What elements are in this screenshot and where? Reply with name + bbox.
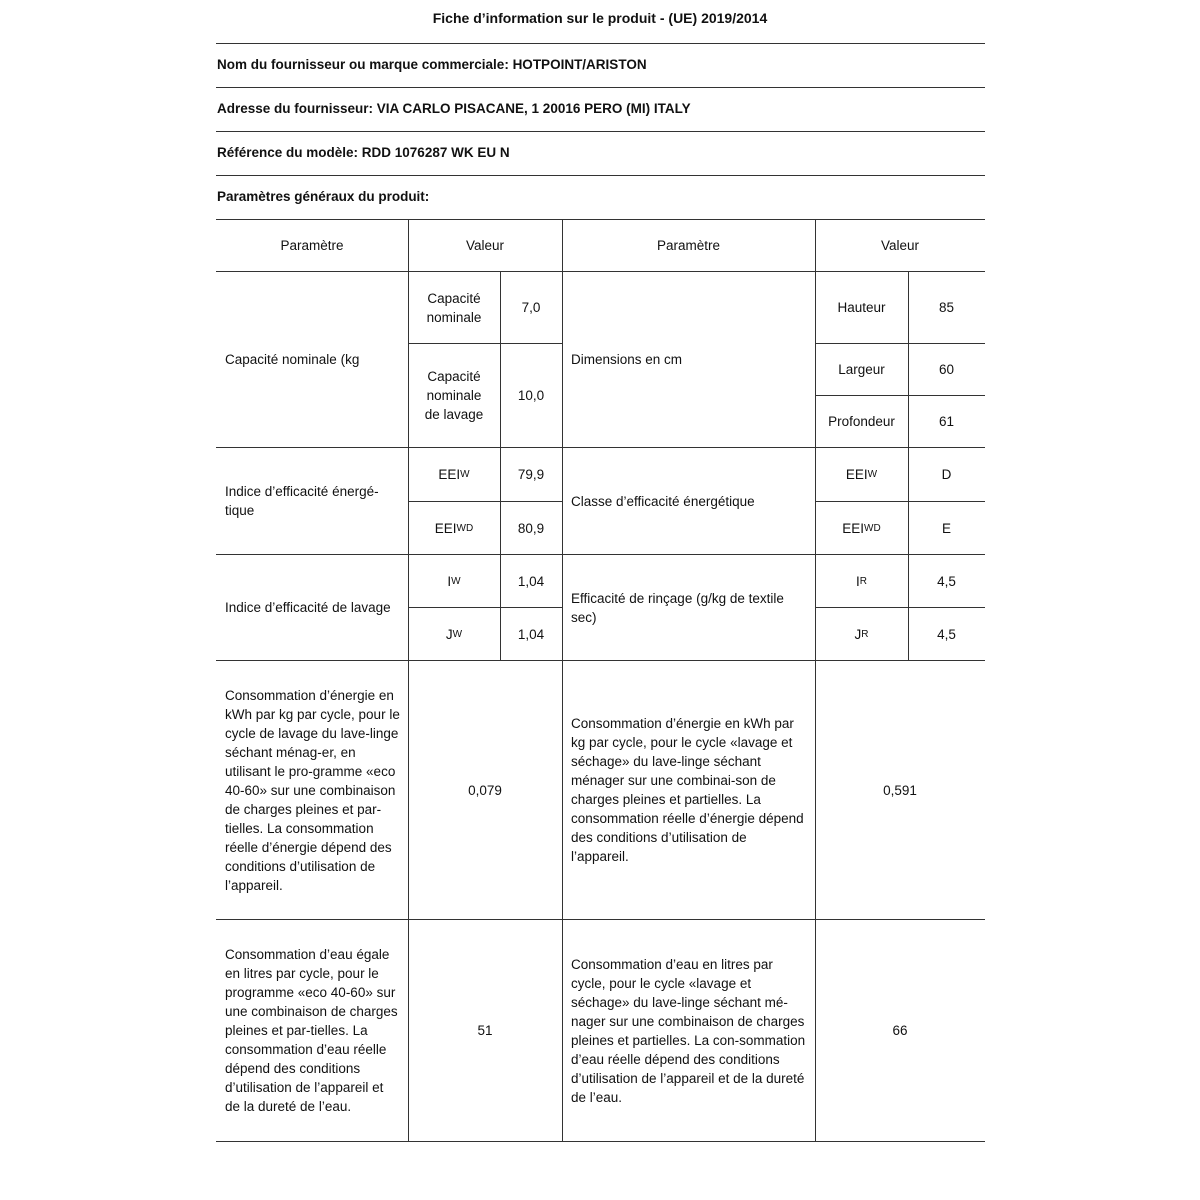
symbol-subscript: WD bbox=[457, 519, 474, 538]
divider bbox=[216, 87, 985, 88]
value-consommation-eau-lavage-sechage: 66 bbox=[815, 920, 985, 1141]
param-capacite-nominale: Capacité nominale (kg bbox=[216, 272, 408, 447]
sub-label: EEIW bbox=[815, 448, 908, 501]
model-reference: Référence du modèle: RDD 1076287 WK EU N bbox=[217, 145, 510, 160]
divider bbox=[216, 175, 985, 176]
sub-label: IR bbox=[815, 555, 908, 607]
value-eei-w: 79,9 bbox=[500, 448, 562, 501]
value-class-w: D bbox=[908, 448, 985, 501]
sub-label: Capacité nominale de lavage bbox=[408, 344, 500, 447]
value-class-wd: E bbox=[908, 502, 985, 554]
symbol-subscript: W bbox=[460, 465, 469, 484]
sub-label: JW bbox=[408, 608, 500, 660]
symbol: EEI bbox=[438, 465, 460, 484]
value-largeur: 60 bbox=[908, 344, 985, 395]
value-consommation-energie-lavage: 0,079 bbox=[408, 661, 562, 919]
header-valeur-left: Valeur bbox=[408, 220, 562, 271]
symbol-subscript: W bbox=[451, 572, 460, 591]
value-eei-wd: 80,9 bbox=[500, 502, 562, 554]
symbol: EEI bbox=[842, 519, 864, 538]
symbol: J bbox=[446, 625, 453, 644]
symbol: J bbox=[855, 625, 862, 644]
symbol-subscript: R bbox=[861, 625, 868, 644]
value-hauteur: 85 bbox=[908, 272, 985, 343]
value-profondeur: 61 bbox=[908, 396, 985, 447]
value-capacite: 7,0 bbox=[500, 272, 562, 343]
value-iw: 1,04 bbox=[500, 555, 562, 607]
supplier-address: Adresse du fournisseur: VIA CARLO PISACA… bbox=[217, 101, 691, 116]
table-rule bbox=[216, 1141, 985, 1142]
symbol-subscript: WD bbox=[864, 519, 881, 538]
header-parametre-left: Paramètre bbox=[216, 220, 408, 271]
value-capacite-lavage: 10,0 bbox=[500, 344, 562, 447]
value-ir: 4,5 bbox=[908, 555, 985, 607]
sub-label: IW bbox=[408, 555, 500, 607]
divider bbox=[216, 43, 985, 44]
general-parameters-heading: Paramètres généraux du produit: bbox=[217, 189, 429, 204]
value-consommation-eau-lavage: 51 bbox=[408, 920, 562, 1141]
symbol: EEI bbox=[435, 519, 457, 538]
value-jw: 1,04 bbox=[500, 608, 562, 660]
symbol-subscript: R bbox=[860, 572, 867, 591]
param-efficacite-rincage: Efficacité de rinçage (g/kg de textile s… bbox=[562, 555, 815, 660]
value-jr: 4,5 bbox=[908, 608, 985, 660]
param-indice-efficacite-energetique: Indice d’efficacité énergé-tique bbox=[216, 448, 408, 554]
param-consommation-energie-lavage-sechage: Consommation d’énergie en kWh par kg par… bbox=[562, 661, 815, 919]
sub-label: Capacité nominale bbox=[408, 272, 500, 343]
symbol: EEI bbox=[846, 465, 868, 484]
supplier-name: Nom du fournisseur ou marque commerciale… bbox=[217, 57, 647, 72]
param-dimensions: Dimensions en cm bbox=[562, 272, 815, 447]
value-consommation-energie-lavage-sechage: 0,591 bbox=[815, 661, 985, 919]
param-consommation-eau-lavage: Consommation d’eau égale en litres par c… bbox=[216, 920, 408, 1141]
sub-label: Hauteur bbox=[815, 272, 908, 343]
header-parametre-right: Paramètre bbox=[562, 220, 815, 271]
param-indice-efficacite-lavage: Indice d’efficacité de lavage bbox=[216, 555, 408, 660]
param-consommation-eau-lavage-sechage: Consommation d’eau en litres par cycle, … bbox=[562, 920, 815, 1141]
sub-label: Largeur bbox=[815, 344, 908, 395]
header-valeur-right: Valeur bbox=[815, 220, 985, 271]
document-title: Fiche d’information sur le produit - (UE… bbox=[0, 10, 1200, 26]
sub-label: JR bbox=[815, 608, 908, 660]
divider bbox=[216, 131, 985, 132]
sub-label: Profondeur bbox=[815, 396, 908, 447]
sub-label: EEIW bbox=[408, 448, 500, 501]
param-classe-efficacite-energetique: Classe d’efficacité énergétique bbox=[562, 448, 815, 554]
sub-label: EEIWD bbox=[815, 502, 908, 554]
symbol-subscript: W bbox=[868, 465, 877, 484]
symbol-subscript: W bbox=[453, 625, 462, 644]
sub-label: EEIWD bbox=[408, 502, 500, 554]
param-consommation-energie-lavage: Consommation d’énergie en kWh par kg par… bbox=[216, 661, 408, 919]
